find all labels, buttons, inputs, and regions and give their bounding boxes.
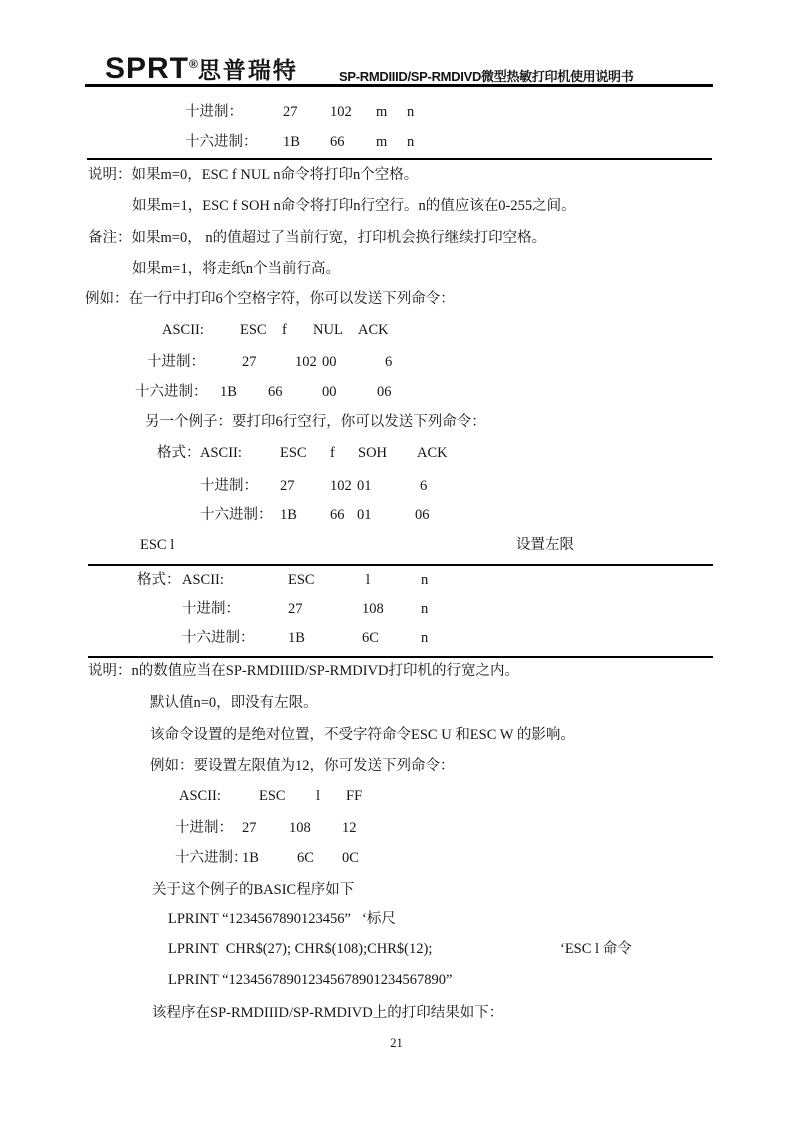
row-value: n [421,599,428,619]
row-prefix: 格式： [157,443,201,463]
row-value: n [407,132,414,152]
brand-logo-chinese: 思普瑞特 [198,57,298,83]
row-value: 108 [289,818,311,838]
row-value: 6C [297,848,314,868]
row-value: 1B [220,382,237,402]
row-value: n [407,102,414,122]
table-row: 格式： ASCII: ESC f SOH ACK [0,443,793,463]
page-number: 21 [0,1036,793,1051]
row-value: 27 [288,599,303,619]
row-label: 十进制： [185,102,243,122]
row-value: 1B [283,132,300,152]
table-row: 十进制： 27 102 00 6 [0,352,793,372]
row-value: 102 [330,476,352,496]
table-row: 十六进制： 1B 6C 0C [0,848,793,868]
document-title: SP-RMDIIID/SP-RMDIVD微型热敏打印机使用说明书 [339,66,714,85]
row-value: 00 [322,382,337,402]
table-row: 十进制： 27 108 n [0,599,793,619]
example-intro: 另一个例子：要打印6行空行，你可以发送下列命令： [145,412,486,432]
row-value: 108 [362,599,384,619]
table-row: 十进制： 27 102 01 6 [0,476,793,496]
row-value: 1B [280,505,297,525]
basic-comment: ‘标尺 [362,909,396,929]
row-label: 十进制： [200,476,258,496]
note-line: 如果m=1，ESC f SOH n命令将打印n行空行。n的值应该在0-255之间… [132,196,576,216]
note-line: 说明：n的数值应当在SP-RMDIIID/SP-RMDIVD打印机的行宽之内。 [88,661,519,681]
row-value: SOH [358,443,387,463]
row-label: 十六进制： [185,132,258,152]
row-value: 66 [330,505,345,525]
note-line: 备注：如果m=0， n的值超过了当前行宽，打印机会换行继续打印空格。 [88,228,546,248]
row-label: 十六进制： [135,382,208,402]
basic-code: LPRINT CHR$(27); CHR$(108);CHR$(12); [168,939,432,959]
command-title: 设置左限 [516,535,574,555]
row-value: 27 [242,818,257,838]
row-value: 06 [377,382,392,402]
row-value: 27 [280,476,295,496]
row-label: 十六进制： [175,848,248,868]
table-row: 十六进制： 1B 66 m n [0,132,793,152]
row-value: 6 [420,476,427,496]
row-value: n [421,628,428,648]
row-value: 01 [357,505,372,525]
row-label: 十六进制： [182,628,255,648]
table-row: ASCII: ESC f NUL ACK [0,320,793,340]
example-intro: 例如：在一行中打印6个空格字符，你可以发送下列命令： [85,289,455,309]
row-value: NUL [313,320,343,340]
brand-logo: SPRT®思普瑞特 [105,52,298,86]
table-row: 十六进制： 1B 66 00 06 [0,382,793,402]
row-value: FF [346,786,362,806]
note-line: 说明：如果m=0，ESC f NUL n命令将打印n个空格。 [88,165,418,185]
row-label: 十进制： [175,818,233,838]
row-value: ESC [259,786,286,806]
row-value: 01 [357,476,372,496]
row-value: 102 [330,102,352,122]
basic-code: LPRINT “1234567890123456” [168,909,351,929]
row-value: ACK [417,443,448,463]
row-label: ASCII: [179,786,221,806]
row-value: 1B [288,628,305,648]
row-value: ESC [288,570,315,590]
command-heading: ESC l 设置左限 [0,535,793,555]
note-line: 默认值n=0，即没有左限。 [150,693,318,713]
row-label: 十进制： [147,352,205,372]
row-value: 102 [295,352,317,372]
row-value: ESC [280,443,307,463]
basic-code-line: LPRINT “123456789012345678901234567890” [0,970,793,990]
basic-comment: ‘ESC l 命令 [560,939,632,959]
table-row: 格式： ASCII: ESC l n [0,570,793,590]
row-value: 12 [342,818,357,838]
manual-page: SPRT®思普瑞特 SP-RMDIIID/SP-RMDIVD微型热敏打印机使用说… [0,0,793,1122]
row-label: 十进制： [182,599,240,619]
row-value: 06 [415,505,430,525]
row-value: 0C [342,848,359,868]
row-value: 6C [362,628,379,648]
brand-logo-latin: SPRT [105,52,189,85]
row-label: 十六进制： [200,505,273,525]
basic-code-line: LPRINT CHR$(27); CHR$(108);CHR$(12); ‘ES… [0,939,793,959]
row-value: 6 [385,352,392,372]
table-row: 十六进制： 1B 6C n [0,628,793,648]
horizontal-rule [87,158,712,160]
row-value: 1B [242,848,259,868]
note-line: 该命令设置的是绝对位置，不受字符命令ESC U 和ESC W 的影响。 [150,725,575,745]
horizontal-rule [88,564,713,566]
row-value: m [376,132,387,152]
basic-intro: 关于这个例子的BASIC程序如下 [152,880,354,900]
registered-trademark-icon: ® [189,57,198,71]
command-name: ESC l [140,535,174,555]
table-row: ASCII: ESC l FF [0,786,793,806]
row-value: n [421,570,428,590]
row-label: ASCII: [162,320,204,340]
row-value: f [282,320,287,340]
basic-code-line: LPRINT “1234567890123456” ‘标尺 [0,909,793,929]
table-row: 十进制： 27 108 12 [0,818,793,838]
row-value: f [330,443,335,463]
row-value: 66 [330,132,345,152]
row-label: ASCII: [200,443,242,463]
row-value: 00 [322,352,337,372]
row-prefix: 格式： [137,570,181,590]
row-value: 27 [242,352,257,372]
row-value: 66 [268,382,283,402]
table-row: 十进制： 27 102 m n [0,102,793,122]
row-value: l [366,570,370,590]
row-value: ACK [358,320,389,340]
note-line: 如果m=1，将走纸n个当前行高。 [132,259,340,279]
row-value: 27 [283,102,298,122]
result-intro: 该程序在SP-RMDIIID/SP-RMDIVD上的打印结果如下： [152,1003,503,1023]
horizontal-rule [88,656,713,658]
row-value: ESC [240,320,267,340]
table-row: 十六进制： 1B 66 01 06 [0,505,793,525]
header-rule [85,84,713,87]
row-value: m [376,102,387,122]
basic-code: LPRINT “123456789012345678901234567890” [168,970,453,990]
row-label: ASCII: [182,570,224,590]
example-intro: 例如：要设置左限值为12，你可发送下列命令： [150,756,455,776]
row-value: l [316,786,320,806]
